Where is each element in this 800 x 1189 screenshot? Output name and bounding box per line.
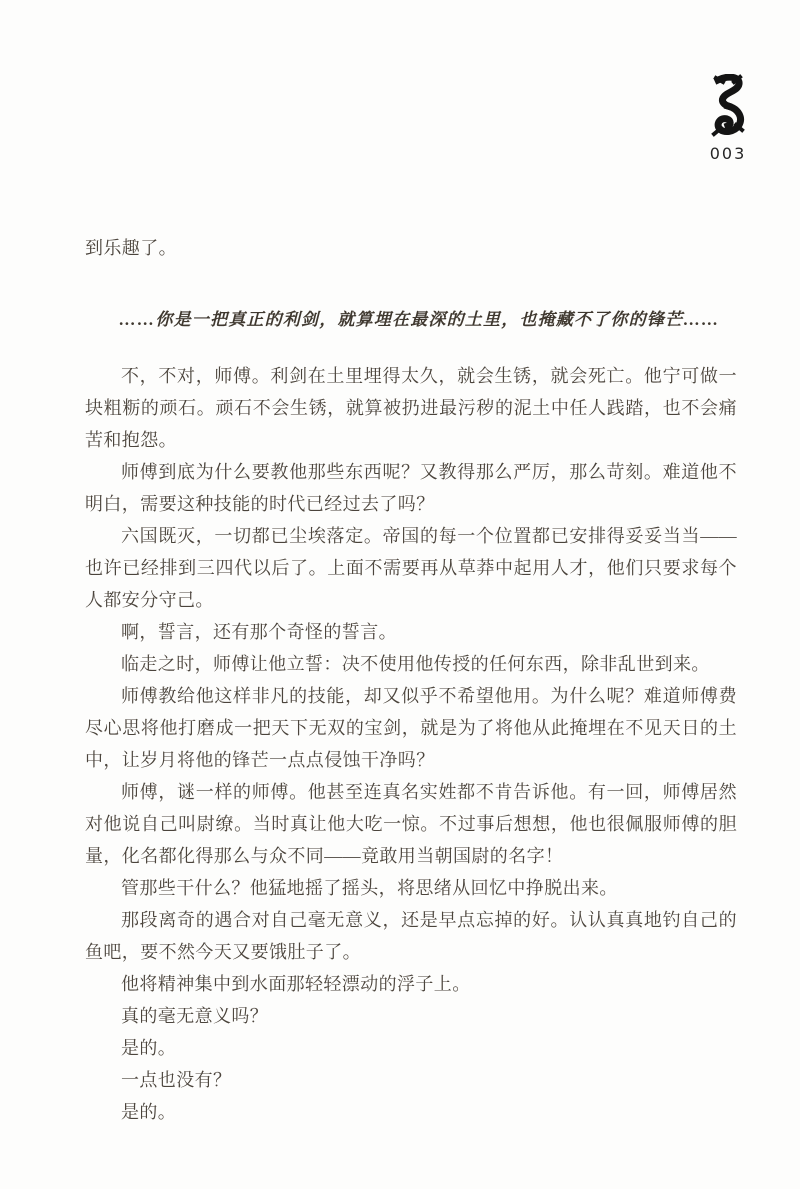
paragraph: 是的。: [85, 1032, 737, 1064]
paragraph: 是的。: [85, 1096, 737, 1128]
paragraph: 师傅教给他这样非凡的技能，却又似乎不希望他用。为什么呢？难道师傅费尽心思将他打磨…: [85, 680, 737, 776]
paragraph: 管那些干什么？他猛地摇了摇头，将思绪从回忆中挣脱出来。: [85, 872, 737, 904]
paragraph: 啊，誓言，还有那个奇怪的誓言。: [85, 616, 737, 648]
paragraph: 师傅，谜一样的师傅。他甚至连真名实姓都不肯告诉他。有一回，师傅居然对他说自己叫尉…: [85, 776, 737, 872]
seal-ornament-icon: [702, 74, 754, 138]
folio: 003: [702, 74, 754, 163]
paragraph: 师傅到底为什么要教他那些东西呢？又教得那么严厉，那么苛刻。难道他不明白，需要这种…: [85, 456, 737, 520]
paragraph: 他将精神集中到水面那轻轻漂动的浮子上。: [85, 968, 737, 1000]
paragraph: 一点也没有？: [85, 1064, 737, 1096]
quote-paragraph: ……你是一把真正的利剑，就算埋在最深的土里，也掩藏不了你的锋芒……: [85, 304, 737, 336]
paragraph: 到乐趣了。: [85, 232, 737, 264]
page-body: 到乐趣了。……你是一把真正的利剑，就算埋在最深的土里，也掩藏不了你的锋芒……不，…: [85, 232, 737, 1128]
paragraph: 不，不对，师傅。利剑在土里埋得太久，就会生锈，就会死亡。他宁可做一块粗粝的顽石。…: [85, 360, 737, 456]
page-number: 003: [702, 144, 754, 163]
paragraph: 六国既灭，一切都已尘埃落定。帝国的每一个位置都已安排得妥妥当当——也许已经排到三…: [85, 520, 737, 616]
paragraph: 临走之时，师傅让他立誓：决不使用他传授的任何东西，除非乱世到来。: [85, 648, 737, 680]
paragraph: 真的毫无意义吗？: [85, 1000, 737, 1032]
paragraph: 那段离奇的遇合对自己毫无意义，还是早点忘掉的好。认认真真地钓自己的鱼吧，要不然今…: [85, 904, 737, 968]
